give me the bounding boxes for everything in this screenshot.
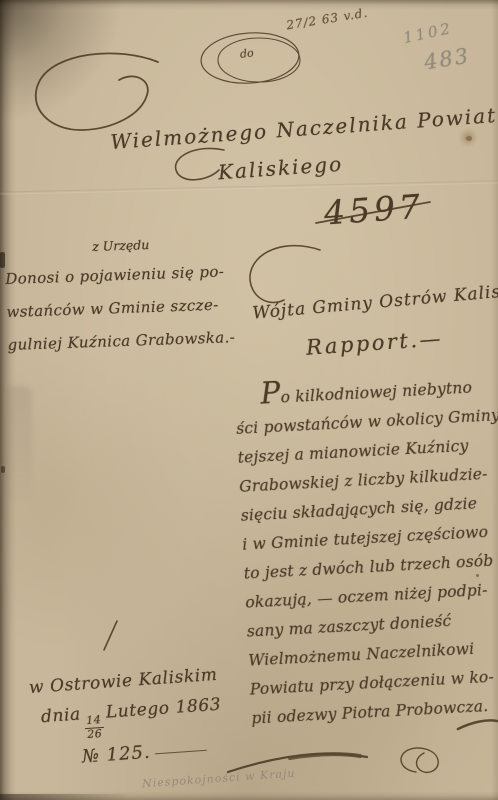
corner-date-note: 27/2 63 v.d. [285,6,369,33]
margin-summary-note: z Urzędu Donosi o pojawieniu się po- wst… [4,234,240,362]
bottom-pencil-note: Niespokojności w Kraju [142,767,296,791]
margin-heading: z Urzędu [92,234,236,254]
page-edge-shadow [0,794,130,800]
folio-number-pencil: 483 [422,44,471,75]
sender-title-line: Wójta Gminy Ostrów Kaliski [252,280,498,323]
dateline-word: dnia [40,704,81,727]
oval-mark-outline-2 [218,38,300,82]
addressee-line-2: Kaliskiego [217,152,343,185]
binding-mark [1,466,5,473]
dateline-rest: Lutego 1863 [105,695,222,723]
sender-paraph [250,246,320,303]
document-number-text: № 125. [81,742,151,768]
report-title: Rapport.— [305,326,443,359]
margin-line: gulniej Kuźnica Grabowska.- [7,321,240,362]
oval-mark-text: do [239,46,254,60]
closing-dash-thick [290,754,360,758]
paraph-flourish [36,53,158,130]
date-fraction: 1426 [84,714,105,740]
loop-glyph [401,748,438,772]
number-underline [155,750,207,755]
dateline-block: w Ostrowie Kaliskim dnia1426Lutego 1863 … [14,660,225,778]
archive-number-pencil: 1102 [402,19,455,47]
slash-mark [104,621,117,650]
addressee-line-1: Wielmożnego Naczelnika Powiatu [110,102,498,154]
manuscript-page: 27/2 63 v.d. 1102 483 do Wielmożnego Nac… [0,0,498,800]
watermark-smudge [7,386,32,504]
letter-body: Po kilkodniowej niebytno ści powstańców … [234,372,498,733]
ink-stain [466,136,472,141]
struck-register-number: 4597 [323,187,425,233]
paper-crease [0,180,498,194]
